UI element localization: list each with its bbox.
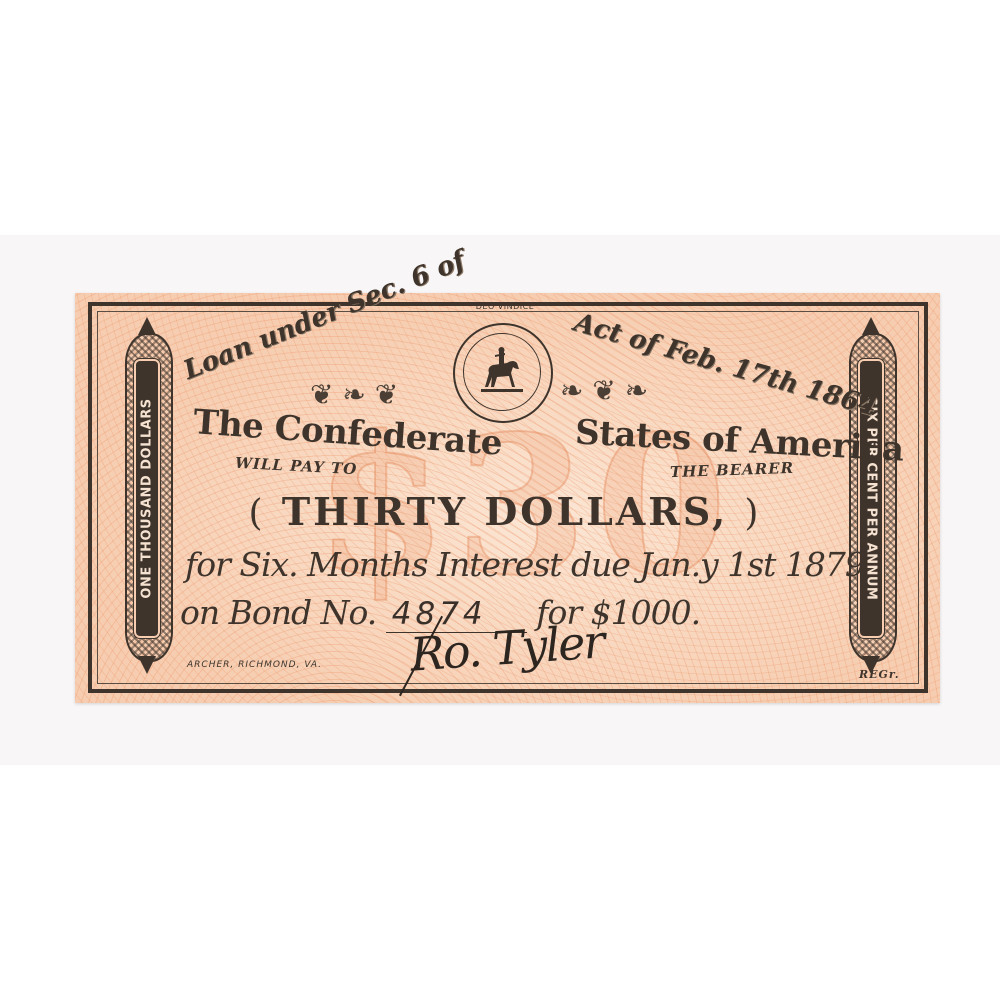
left-ornament-panel: ONE THOUSAND DOLLARS (123, 323, 171, 668)
left-panel-label: ONE THOUSAND DOLLARS (134, 359, 160, 638)
amount-paren-close: ) (744, 493, 761, 534)
confederate-seal (453, 323, 553, 423)
bond-prefix: on Bond No. (180, 593, 376, 632)
finial-top-icon (138, 317, 156, 335)
amount-paren-open: ( (249, 493, 266, 534)
finial-bottom-icon (138, 656, 156, 674)
left-panel-text: ONE THOUSAND DOLLARS (140, 398, 155, 598)
flourish-right-icon: ❧ ❦ ❧ (560, 377, 648, 405)
confederate-bond-coupon: $ 3 0 ONE THOUSAND DOLLARS SIX PER CENT … (75, 293, 940, 703)
registrar-label: REGr. (859, 668, 900, 681)
right-ornament-panel: SIX PER CENT PER ANNUM (847, 323, 895, 668)
interest-due-text: for Six. Months Interest due Jan.y 1st 1… (185, 545, 865, 584)
amount-line: ( THIRTY DOLLARS, ) (185, 489, 825, 534)
horseman-seal-icon (463, 333, 541, 411)
flourish-left-icon: ❦ ❧ ❦ (310, 381, 398, 409)
printer-imprint: ARCHER, RICHMOND, VA. (187, 660, 322, 670)
amount-text: THIRTY DOLLARS, (282, 489, 728, 534)
seal-motto: DEO VINDICE (460, 302, 550, 311)
finial-top-icon (862, 317, 880, 335)
